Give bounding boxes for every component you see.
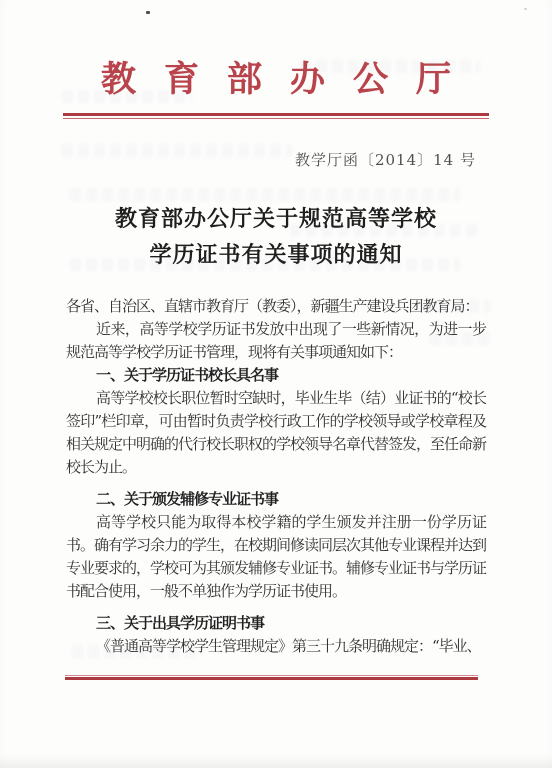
- letterhead-rule-thick: [63, 113, 489, 116]
- scan-speck: [524, 8, 527, 10]
- document-title-line2: 学历证书有关事项的通知: [0, 237, 552, 273]
- section-3: 三、关于出具学历证明书事 《普通高等学校学生管理规定》第三十九条明确规定：“毕业…: [66, 612, 486, 658]
- section-2-heading: 二、关于颁发辅修专业证书事: [66, 488, 486, 511]
- agency-name: 教育部办公厅: [101, 52, 479, 102]
- footer-rule-thin: [65, 675, 478, 676]
- section-2-paragraph: 高等学校只能为取得本校学籍的学生颁发并注册一份学历证书。确有学习余力的学生，在校…: [66, 511, 486, 603]
- section-2: 二、关于颁发辅修专业证书事 高等学校只能为取得本校学籍的学生颁发并注册一份学历证…: [66, 488, 486, 603]
- footer-rule-thick: [65, 677, 478, 680]
- document-title: 教育部办公厅关于规范高等学校 学历证书有关事项的通知: [0, 201, 552, 273]
- intro-paragraph: 近来，高等学校学历证书发放中出现了一些新情况，为进一步规范高等学校学历证书管理，…: [66, 318, 486, 364]
- letterhead-rule-thin: [63, 118, 489, 119]
- document-body: 各省、自治区、直辖市教育厅（教委），新疆生产建设兵团教育局： 近来，高等学校学历…: [66, 295, 486, 658]
- section-1-paragraph: 高等学校校长职位暂时空缺时，毕业生毕（结）业证书的“校长签印”栏印章，可由暂时负…: [66, 387, 486, 479]
- letterhead-rule: [63, 113, 489, 119]
- page-bottom-shadow: [0, 754, 552, 768]
- bleedthrough-ghost-line: [70, 188, 460, 201]
- document-title-line1: 教育部办公厅关于规范高等学校: [0, 201, 552, 237]
- document-number: 教学厅函〔2014〕14 号: [0, 149, 476, 170]
- footer-rule: [65, 675, 478, 680]
- scanned-document-page: 教育部办公厅 教学厅函〔2014〕14 号 教育部办公厅关于规范高等学校 学历证…: [0, 0, 552, 768]
- salutation: 各省、自治区、直辖市教育厅（教委），新疆生产建设兵团教育局：: [66, 295, 486, 318]
- section-3-paragraph: 《普通高等学校学生管理规定》第三十九条明确规定：“毕业、: [66, 635, 486, 658]
- scan-speck: [146, 11, 150, 14]
- section-3-heading: 三、关于出具学历证明书事: [66, 612, 486, 635]
- section-1: 一、关于学历证书校长具名事 高等学校校长职位暂时空缺时，毕业生毕（结）业证书的“…: [66, 364, 486, 479]
- section-1-heading: 一、关于学历证书校长具名事: [66, 364, 486, 387]
- letterhead: 教育部办公厅: [63, 52, 489, 102]
